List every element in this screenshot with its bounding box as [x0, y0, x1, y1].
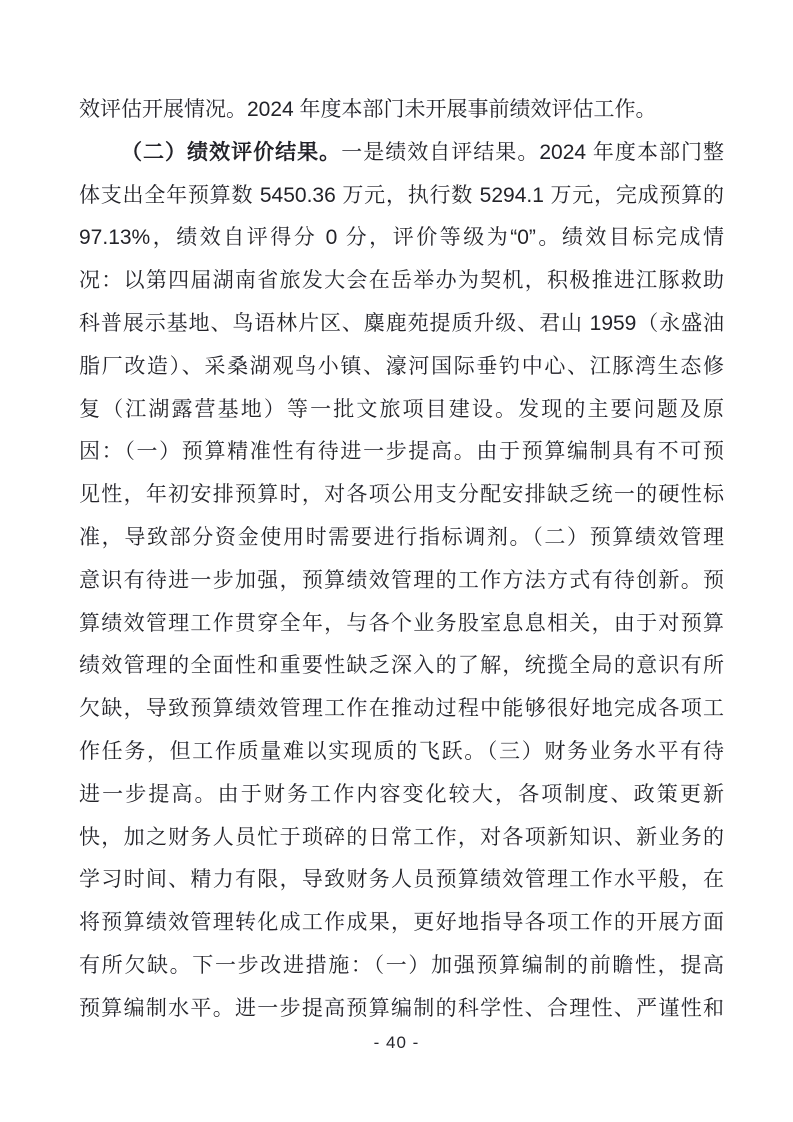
line-text: 有所欠缺。下一步改进措施：（一）加强预算编制的前瞻性，提高 — [79, 954, 724, 977]
text-line: 意识有待进一步加强，预算绩效管理的工作方法方式有待创新。预 — [79, 560, 724, 603]
text-line: （二）绩效评价结果。一是绩效自评结果。2024 年度本部门整 — [79, 132, 724, 175]
line-text: 科普展示基地、鸟语林片区、麋鹿苑提质升级、君山 1959（永盛油 — [79, 312, 724, 335]
text-line: 算绩效管理工作贯穿全年，与各个业务股室息息相关，由于对预算 — [79, 603, 724, 646]
text-line: 预算编制水平。进一步提高预算编制的科学性、合理性、严谨性和 — [79, 988, 724, 1031]
text-line: 有所欠缺。下一步改进措施：（一）加强预算编制的前瞻性，提高 — [79, 945, 724, 988]
line-text: 绩效管理的全面性和重要性缺乏深入的了解，统揽全局的意识有所 — [79, 654, 724, 677]
line-text: 作任务，但工作质量难以实现质的飞跃。（三）财务业务水平有待 — [79, 740, 724, 763]
text-line: 准，导致部分资金使用时需要进行指标调剂。（二）预算绩效管理 — [79, 517, 724, 560]
line-text: 效评估开展情况。2024 年度本部门未开展事前绩效评估工作。 — [79, 98, 657, 121]
text-line: 将预算绩效管理转化成工作成果，更好地指导各项工作的开展方面 — [79, 902, 724, 945]
text-line: 快，加之财务人员忙于琐碎的日常工作，对各项新知识、新业务的 — [79, 817, 724, 860]
line-text: 况：以第四届湖南省旅发大会在岳举办为契机，积极推进江豚救助 — [79, 269, 724, 292]
line-text: 意识有待进一步加强，预算绩效管理的工作方法方式有待创新。预 — [79, 569, 724, 592]
line-text: 预算编制水平。进一步提高预算编制的科学性、合理性、严谨性和 — [79, 997, 724, 1020]
text-line: 学习时间、精力有限，导致财务人员预算绩效管理工作水平般，在 — [79, 859, 724, 902]
line-text: 准，导致部分资金使用时需要进行指标调剂。（二）预算绩效管理 — [79, 526, 724, 549]
text-line: 欠缺，导致预算绩效管理工作在推动过程中能够很好地完成各项工 — [79, 688, 724, 731]
text-line: 见性，年初安排预算时，对各项公用支分配安排缺乏统一的硬性标 — [79, 474, 724, 517]
line-text: 体支出全年预算数 5450.36 万元，执行数 5294.1 万元，完成预算的 — [79, 184, 724, 207]
line-text: 学习时间、精力有限，导致财务人员预算绩效管理工作水平般，在 — [79, 868, 724, 891]
text-line: 体支出全年预算数 5450.36 万元，执行数 5294.1 万元，完成预算的 — [79, 175, 724, 218]
line-text: 脂厂改造）、采桑湖观鸟小镇、濠河国际垂钓中心、江豚湾生态修 — [79, 355, 724, 378]
text-line: 进一步提高。由于财务工作内容变化较大，各项制度、政策更新 — [79, 774, 724, 817]
text-line: 复（江湖露营基地）等一批文旅项目建设。发现的主要问题及原 — [79, 389, 724, 432]
line-text: 欠缺，导致预算绩效管理工作在推动过程中能够很好地完成各项工 — [79, 697, 724, 720]
line-text: 见性，年初安排预算时，对各项公用支分配安排缺乏统一的硬性标 — [79, 483, 724, 506]
line-text: 97.13%，绩效自评得分 0 分，评价等级为“0”。绩效目标完成情 — [79, 226, 724, 249]
text-line: 脂厂改造）、采桑湖观鸟小镇、濠河国际垂钓中心、江豚湾生态修 — [79, 346, 724, 389]
line-text: 算绩效管理工作贯穿全年，与各个业务股室息息相关，由于对预算 — [79, 612, 724, 635]
paragraph-heading: （二）绩效评价结果。 — [121, 141, 341, 164]
text-line: 97.13%，绩效自评得分 0 分，评价等级为“0”。绩效目标完成情 — [79, 217, 724, 260]
line-text: 一是绩效自评结果。2024 年度本部门整 — [341, 141, 724, 164]
text-line: 作任务，但工作质量难以实现质的飞跃。（三）财务业务水平有待 — [79, 731, 724, 774]
text-line: 绩效管理的全面性和重要性缺乏深入的了解，统揽全局的意识有所 — [79, 645, 724, 688]
line-text: 进一步提高。由于财务工作内容变化较大，各项制度、政策更新 — [79, 783, 724, 806]
document-text: 效评估开展情况。2024 年度本部门未开展事前绩效评估工作。 （二）绩效评价结果… — [79, 89, 724, 1031]
document-page: 效评估开展情况。2024 年度本部门未开展事前绩效评估工作。 （二）绩效评价结果… — [0, 0, 793, 1122]
line-text: 复（江湖露营基地）等一批文旅项目建设。发现的主要问题及原 — [79, 398, 724, 421]
page-number: - 40 - — [0, 1033, 793, 1053]
line-text: 快，加之财务人员忙于琐碎的日常工作，对各项新知识、新业务的 — [79, 826, 724, 849]
text-line: 科普展示基地、鸟语林片区、麋鹿苑提质升级、君山 1959（永盛油 — [79, 303, 724, 346]
text-line: 因：（一）预算精准性有待进一步提高。由于预算编制具有不可预 — [79, 431, 724, 474]
line-text: 将预算绩效管理转化成工作成果，更好地指导各项工作的开展方面 — [79, 911, 724, 934]
text-line: 效评估开展情况。2024 年度本部门未开展事前绩效评估工作。 — [79, 89, 724, 132]
text-line: 况：以第四届湖南省旅发大会在岳举办为契机，积极推进江豚救助 — [79, 260, 724, 303]
line-text: 因：（一）预算精准性有待进一步提高。由于预算编制具有不可预 — [79, 440, 724, 463]
